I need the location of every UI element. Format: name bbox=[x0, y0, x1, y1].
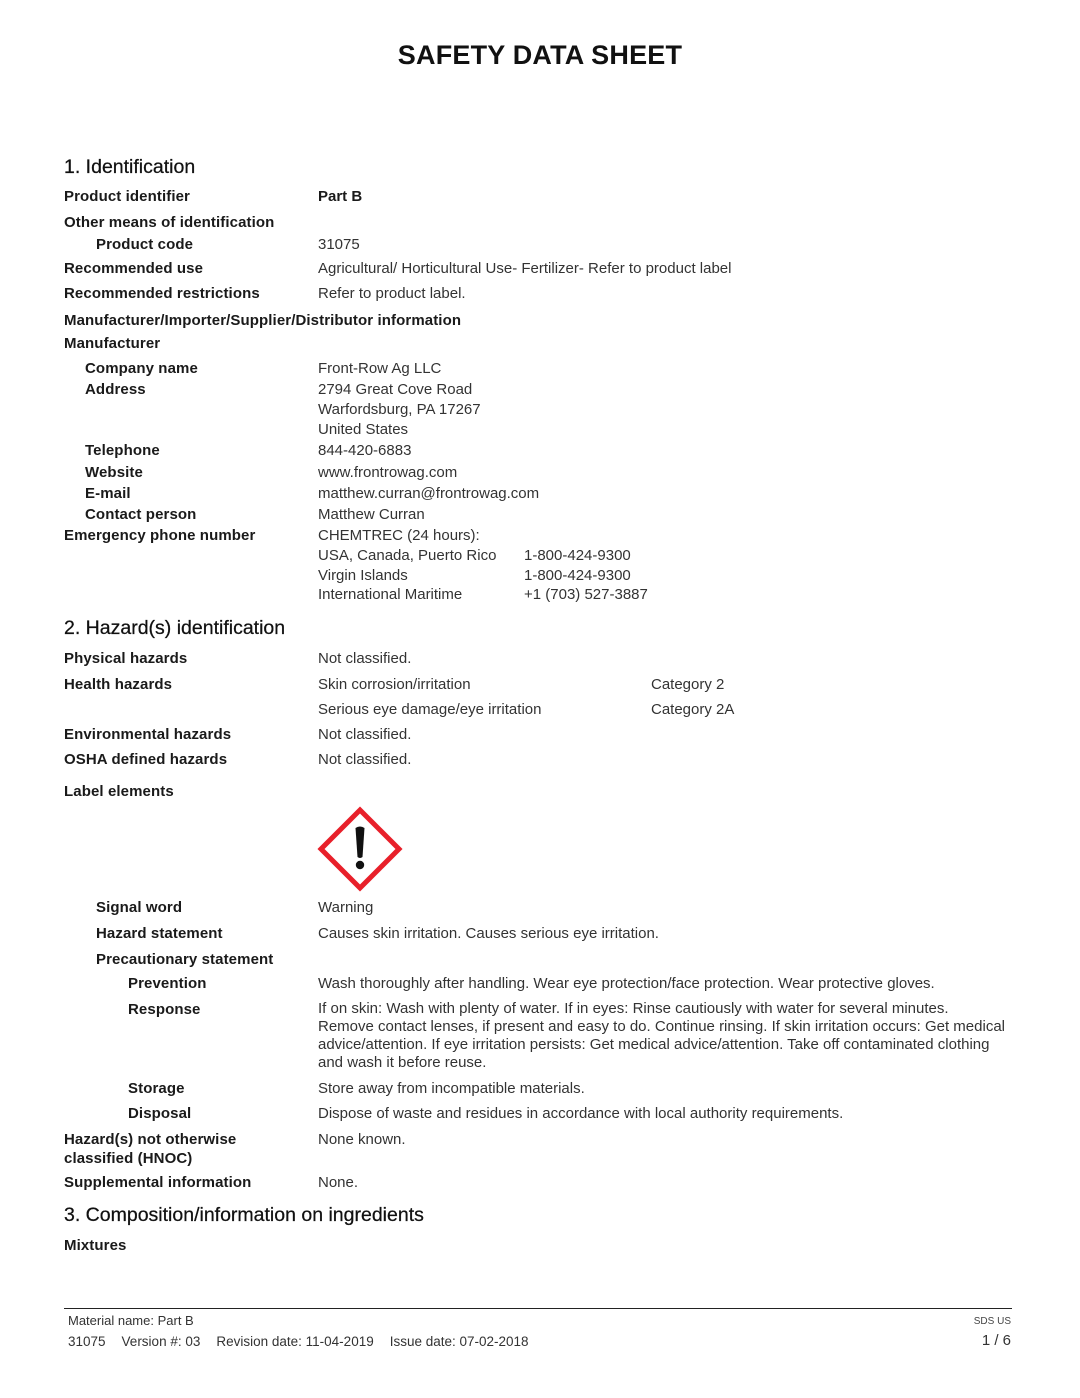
health-hazard-name: Skin corrosion/irritation bbox=[318, 675, 471, 695]
product-code-label: Product code bbox=[96, 235, 193, 255]
telephone-label: Telephone bbox=[85, 441, 160, 461]
disposal-label: Disposal bbox=[128, 1104, 191, 1124]
emergency-region: Virgin Islands bbox=[318, 566, 408, 586]
footer-issue-date: Issue date: 07-02-2018 bbox=[390, 1334, 529, 1349]
signal-word-value: Warning bbox=[318, 898, 373, 918]
address-line-1: 2794 Great Cove Road bbox=[318, 380, 472, 400]
osha-hazards-value: Not classified. bbox=[318, 750, 411, 770]
osha-hazards-label: OSHA defined hazards bbox=[64, 750, 227, 770]
supplemental-value: None. bbox=[318, 1173, 358, 1193]
storage-value: Store away from incompatible materials. bbox=[318, 1079, 585, 1099]
website-label: Website bbox=[85, 463, 143, 483]
footer-sds-region: SDS US bbox=[974, 1316, 1011, 1327]
address-line-2: Warfordsburg, PA 17267 bbox=[318, 400, 481, 420]
label-elements-label: Label elements bbox=[64, 782, 174, 802]
response-label: Response bbox=[128, 1000, 201, 1020]
prevention-label: Prevention bbox=[128, 974, 207, 994]
hazard-statement-label: Hazard statement bbox=[96, 924, 223, 944]
mixtures-label: Mixtures bbox=[64, 1236, 127, 1256]
prevention-value: Wash thoroughly after handling. Wear eye… bbox=[318, 974, 935, 994]
document-title: SAFETY DATA SHEET bbox=[0, 40, 1080, 71]
health-hazard-category: Category 2 bbox=[651, 675, 724, 695]
company-name-label: Company name bbox=[85, 359, 198, 379]
footer-page-number: 1 / 6 bbox=[982, 1332, 1011, 1349]
physical-hazards-label: Physical hazards bbox=[64, 649, 187, 669]
telephone-value: 844-420-6883 bbox=[318, 441, 411, 461]
other-means-label: Other means of identification bbox=[64, 213, 274, 233]
emergency-phone: 1-800-424-9300 bbox=[524, 546, 631, 566]
recommended-use-label: Recommended use bbox=[64, 259, 203, 279]
storage-label: Storage bbox=[128, 1079, 185, 1099]
physical-hazards-value: Not classified. bbox=[318, 649, 411, 669]
manufacturer-label: Manufacturer bbox=[64, 334, 160, 354]
manufacturer-info-label: Manufacturer/Importer/Supplier/Distribut… bbox=[64, 311, 461, 331]
hazard-statement-value: Causes skin irritation. Causes serious e… bbox=[318, 924, 659, 944]
footer-material-name: Material name: Part B bbox=[68, 1313, 194, 1328]
product-identifier-value: Part B bbox=[318, 187, 362, 207]
health-hazard-name: Serious eye damage/eye irritation bbox=[318, 700, 541, 720]
health-hazard-category: Category 2A bbox=[651, 700, 734, 720]
emergency-region: USA, Canada, Puerto Rico bbox=[318, 546, 496, 566]
contact-person-label: Contact person bbox=[85, 505, 196, 525]
emergency-phone: 1-800-424-9300 bbox=[524, 566, 631, 586]
emergency-label: Emergency phone number bbox=[64, 526, 255, 546]
address-line-3: United States bbox=[318, 420, 408, 440]
environmental-hazards-value: Not classified. bbox=[318, 725, 411, 745]
section-2-heading: 2. Hazard(s) identification bbox=[64, 617, 285, 640]
environmental-hazards-label: Environmental hazards bbox=[64, 725, 231, 745]
product-identifier-label: Product identifier bbox=[64, 187, 190, 207]
supplemental-label: Supplemental information bbox=[64, 1173, 251, 1193]
section-3-heading: 3. Composition/information on ingredient… bbox=[64, 1204, 424, 1227]
address-label: Address bbox=[85, 380, 146, 400]
section-1-heading: 1. Identification bbox=[64, 156, 195, 179]
disposal-value: Dispose of waste and residues in accorda… bbox=[318, 1104, 843, 1124]
emergency-phone: +1 (703) 527-3887 bbox=[524, 585, 648, 605]
footer-divider bbox=[64, 1308, 1012, 1309]
response-value: If on skin: Wash with plenty of water. I… bbox=[318, 1000, 1008, 1072]
recommended-use-value: Agricultural/ Horticultural Use- Fertili… bbox=[318, 259, 731, 279]
emergency-header: CHEMTREC (24 hours): bbox=[318, 526, 480, 546]
footer-version: Version #: 03 bbox=[122, 1334, 201, 1349]
footer-product-code: 31075 bbox=[68, 1334, 106, 1349]
footer-revision-date: Revision date: 11-04-2019 bbox=[216, 1334, 373, 1349]
signal-word-label: Signal word bbox=[96, 898, 182, 918]
company-name-value: Front-Row Ag LLC bbox=[318, 359, 441, 379]
contact-person-value: Matthew Curran bbox=[318, 505, 425, 525]
recommended-restrictions-label: Recommended restrictions bbox=[64, 284, 260, 304]
email-value[interactable]: matthew.curran@frontrowag.com bbox=[318, 484, 539, 504]
exclamation-mark-icon bbox=[317, 806, 403, 892]
recommended-restrictions-value: Refer to product label. bbox=[318, 284, 466, 304]
health-hazards-label: Health hazards bbox=[64, 675, 172, 695]
hnoc-label: Hazard(s) not otherwise classified (HNOC… bbox=[64, 1130, 264, 1168]
website-value[interactable]: www.frontrowag.com bbox=[318, 463, 457, 483]
precautionary-statement-label: Precautionary statement bbox=[96, 950, 273, 970]
hnoc-value: None known. bbox=[318, 1130, 406, 1150]
emergency-region: International Maritime bbox=[318, 585, 462, 605]
product-code-value: 31075 bbox=[318, 235, 360, 255]
email-label: E-mail bbox=[85, 484, 131, 504]
footer-document-info: 31075Version #: 03Revision date: 11-04-2… bbox=[68, 1334, 545, 1349]
